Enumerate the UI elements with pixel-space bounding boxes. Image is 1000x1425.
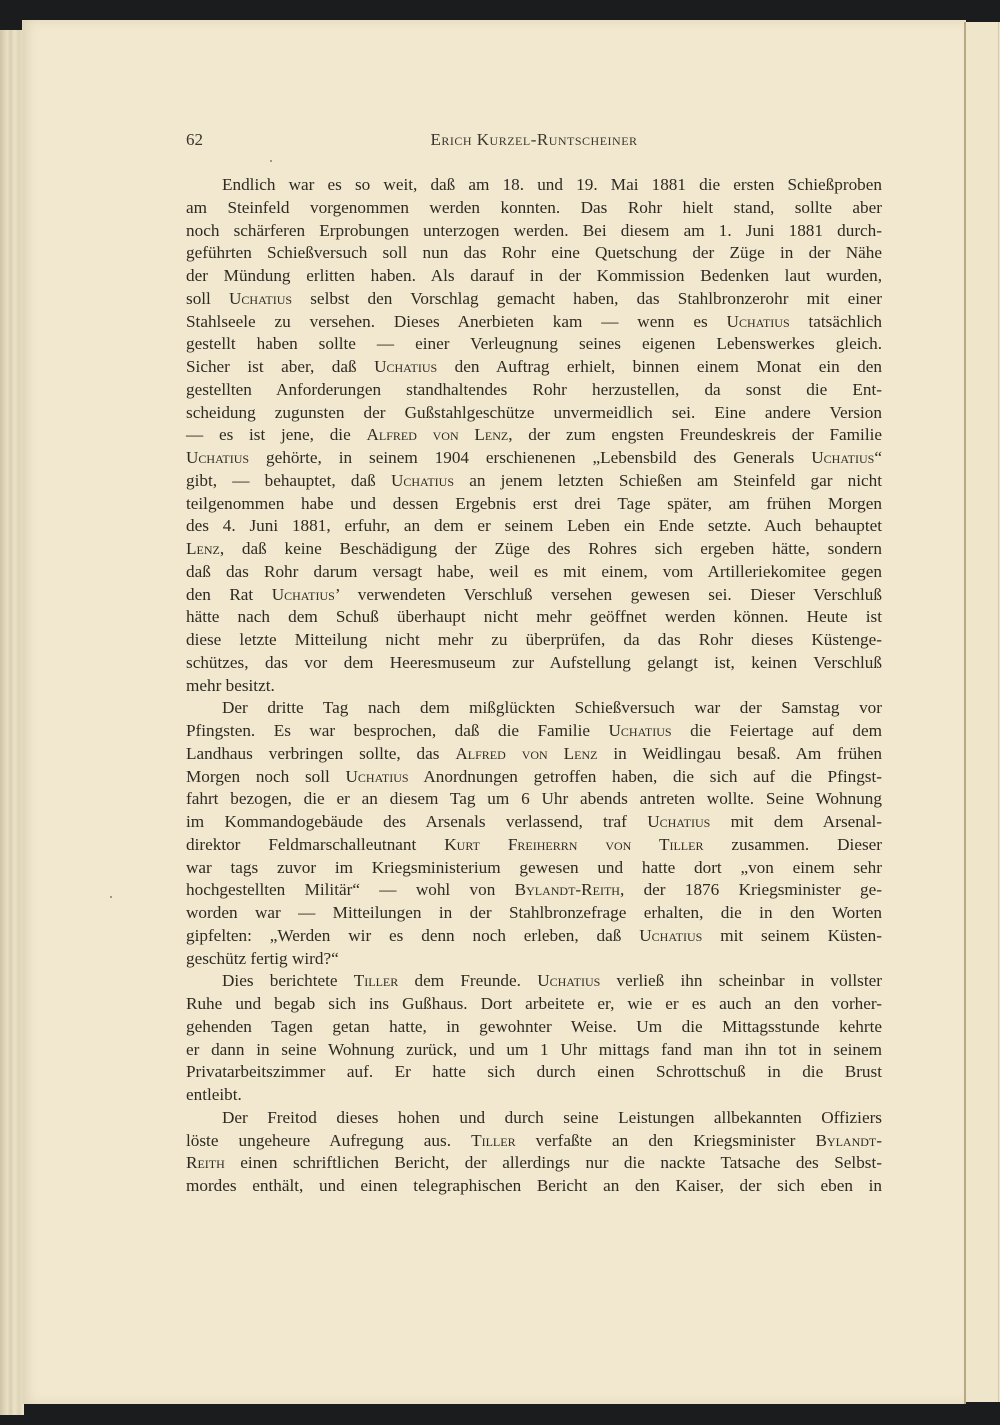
text-line: der Mündung erlitten haben. Als darauf i… [186,265,882,288]
text-line: Reith einen schriftlichen Bericht, der a… [186,1152,882,1175]
text-line: im Kommandogebäude des Arsenals verlasse… [186,811,882,834]
text-line: Der Freitod dieses hohen und durch seine… [186,1107,882,1130]
text-line: er dann in seine Wohnung zurück, und um … [186,1039,882,1062]
person-name: Uchatius [639,926,702,945]
body-text: Endlich war es so weit, daß am 18. und 1… [186,174,882,1198]
text-line: schützes, das vor dem Heeresmuseum zur A… [186,652,882,675]
text-line: scheidung zugunsten der Gußstahlgeschütz… [186,402,882,425]
person-name: Bylandt-Reith [515,880,620,899]
text-line: Stahlseele zu versehen. Dieses Anerbiete… [186,311,882,334]
text-line: mordes enthält, und einen telegraphische… [186,1175,882,1198]
text-line: teilgenommen habe und dessen Ergebnis er… [186,493,882,516]
person-name: Alfred von Lenz [366,425,508,444]
person-name: Uchatius [811,448,874,467]
text-line: — es ist jene, die Alfred von Lenz, der … [186,424,882,447]
text-line: gipfelten: „Werden wir es denn noch erle… [186,925,882,948]
person-name: Uchatius [272,585,335,604]
text-line: Der dritte Tag nach dem mißglückten Schi… [186,697,882,720]
person-name: Alfred von Lenz [455,744,597,763]
text-line: direktor Feldmarschalleutnant Kurt Freih… [186,834,882,857]
person-name: Uchatius [647,812,710,831]
text-line: fahrt bezogen, die er an diesem Tag um 6… [186,788,882,811]
person-name: Lenz [186,539,220,558]
person-name: Uchatius [229,289,292,308]
paper-speck [270,160,272,162]
text-line: Ruhe und begab sich ins Gußhaus. Dort ar… [186,993,882,1016]
person-name: Tiller [471,1131,516,1150]
running-head: 62 Erich Kurzel-Runtscheiner [186,130,882,152]
person-name: Uchatius [374,357,437,376]
text-line: Landhaus verbringen sollte, das Alfred v… [186,743,882,766]
text-line: Dies berichtete Tiller dem Freunde. Ucha… [186,970,882,993]
person-name: Tiller [354,971,399,990]
person-name: Uchatius [186,448,249,467]
text-line: löste ungeheure Aufregung aus. Tiller ve… [186,1130,882,1153]
person-name: Uchatius [608,721,671,740]
text-line: am Steinfeld vorgenommen werden konnten.… [186,197,882,220]
running-title: Erich Kurzel-Runtscheiner [186,130,882,150]
text-line: geschütz fertig wird?“ [186,948,882,971]
text-line: diese letzte Mitteilung nicht mehr zu üb… [186,629,882,652]
text-line: Uchatius gehörte, in seinem 1904 erschie… [186,447,882,470]
text-line: soll Uchatius selbst den Vorschlag gemac… [186,288,882,311]
adjacent-page-edge [966,22,1000,1402]
person-name: Uchatius [537,971,600,990]
person-name: Kurt Freiherrn von Tiller [444,835,703,854]
person-name: Uchatius [391,471,454,490]
page-edge-line [998,22,999,1402]
person-name: Bylandt- [815,1131,882,1150]
text-line: noch schärferen Erprobungen unterzogen w… [186,220,882,243]
text-line: war tags zuvor im Kriegsministerium gewe… [186,857,882,880]
text-line: gehenden Tagen getan hatte, in gewohnter… [186,1016,882,1039]
person-name: Uchatius [346,767,409,786]
text-line: Privatarbeitszimmer auf. Er hatte sich d… [186,1061,882,1084]
paper-speck [110,896,112,898]
text-line: hochgestellten Militär“ — wohl von Bylan… [186,879,882,902]
person-name: Uchatius [727,312,790,331]
person-name: Reith [186,1153,225,1172]
text-line: gibt, — behauptet, daß Uchatius an jenem… [186,470,882,493]
text-line: Lenz, daß keine Beschädigung der Züge de… [186,538,882,561]
text-line: worden war — Mitteilungen in der Stahlbr… [186,902,882,925]
text-line: Pfingsten. Es war besprochen, daß die Fa… [186,720,882,743]
text-line: geführten Schießversuch soll nun das Roh… [186,242,882,265]
text-line: daß das Rohr darum versagt habe, weil es… [186,561,882,584]
text-line: den Rat Uchatius’ verwendeten Verschluß … [186,584,882,607]
text-line: entleibt. [186,1084,882,1107]
text-line: Sicher ist aber, daß Uchatius den Auftra… [186,356,882,379]
text-line: gestellt haben sollte — einer Verleugnun… [186,333,882,356]
text-line: hätte nach dem Schuß überhaupt nicht meh… [186,606,882,629]
text-line: Morgen noch soll Uchatius Anordnungen ge… [186,766,882,789]
text-line: Endlich war es so weit, daß am 18. und 1… [186,174,882,197]
text-line: des 4. Juni 1881, erfuhr, an dem er sein… [186,515,882,538]
text-line: mehr besitzt. [186,675,882,698]
page-stack-edge [0,30,24,1415]
text-line: gestellten Anforderungen standhaltendes … [186,379,882,402]
